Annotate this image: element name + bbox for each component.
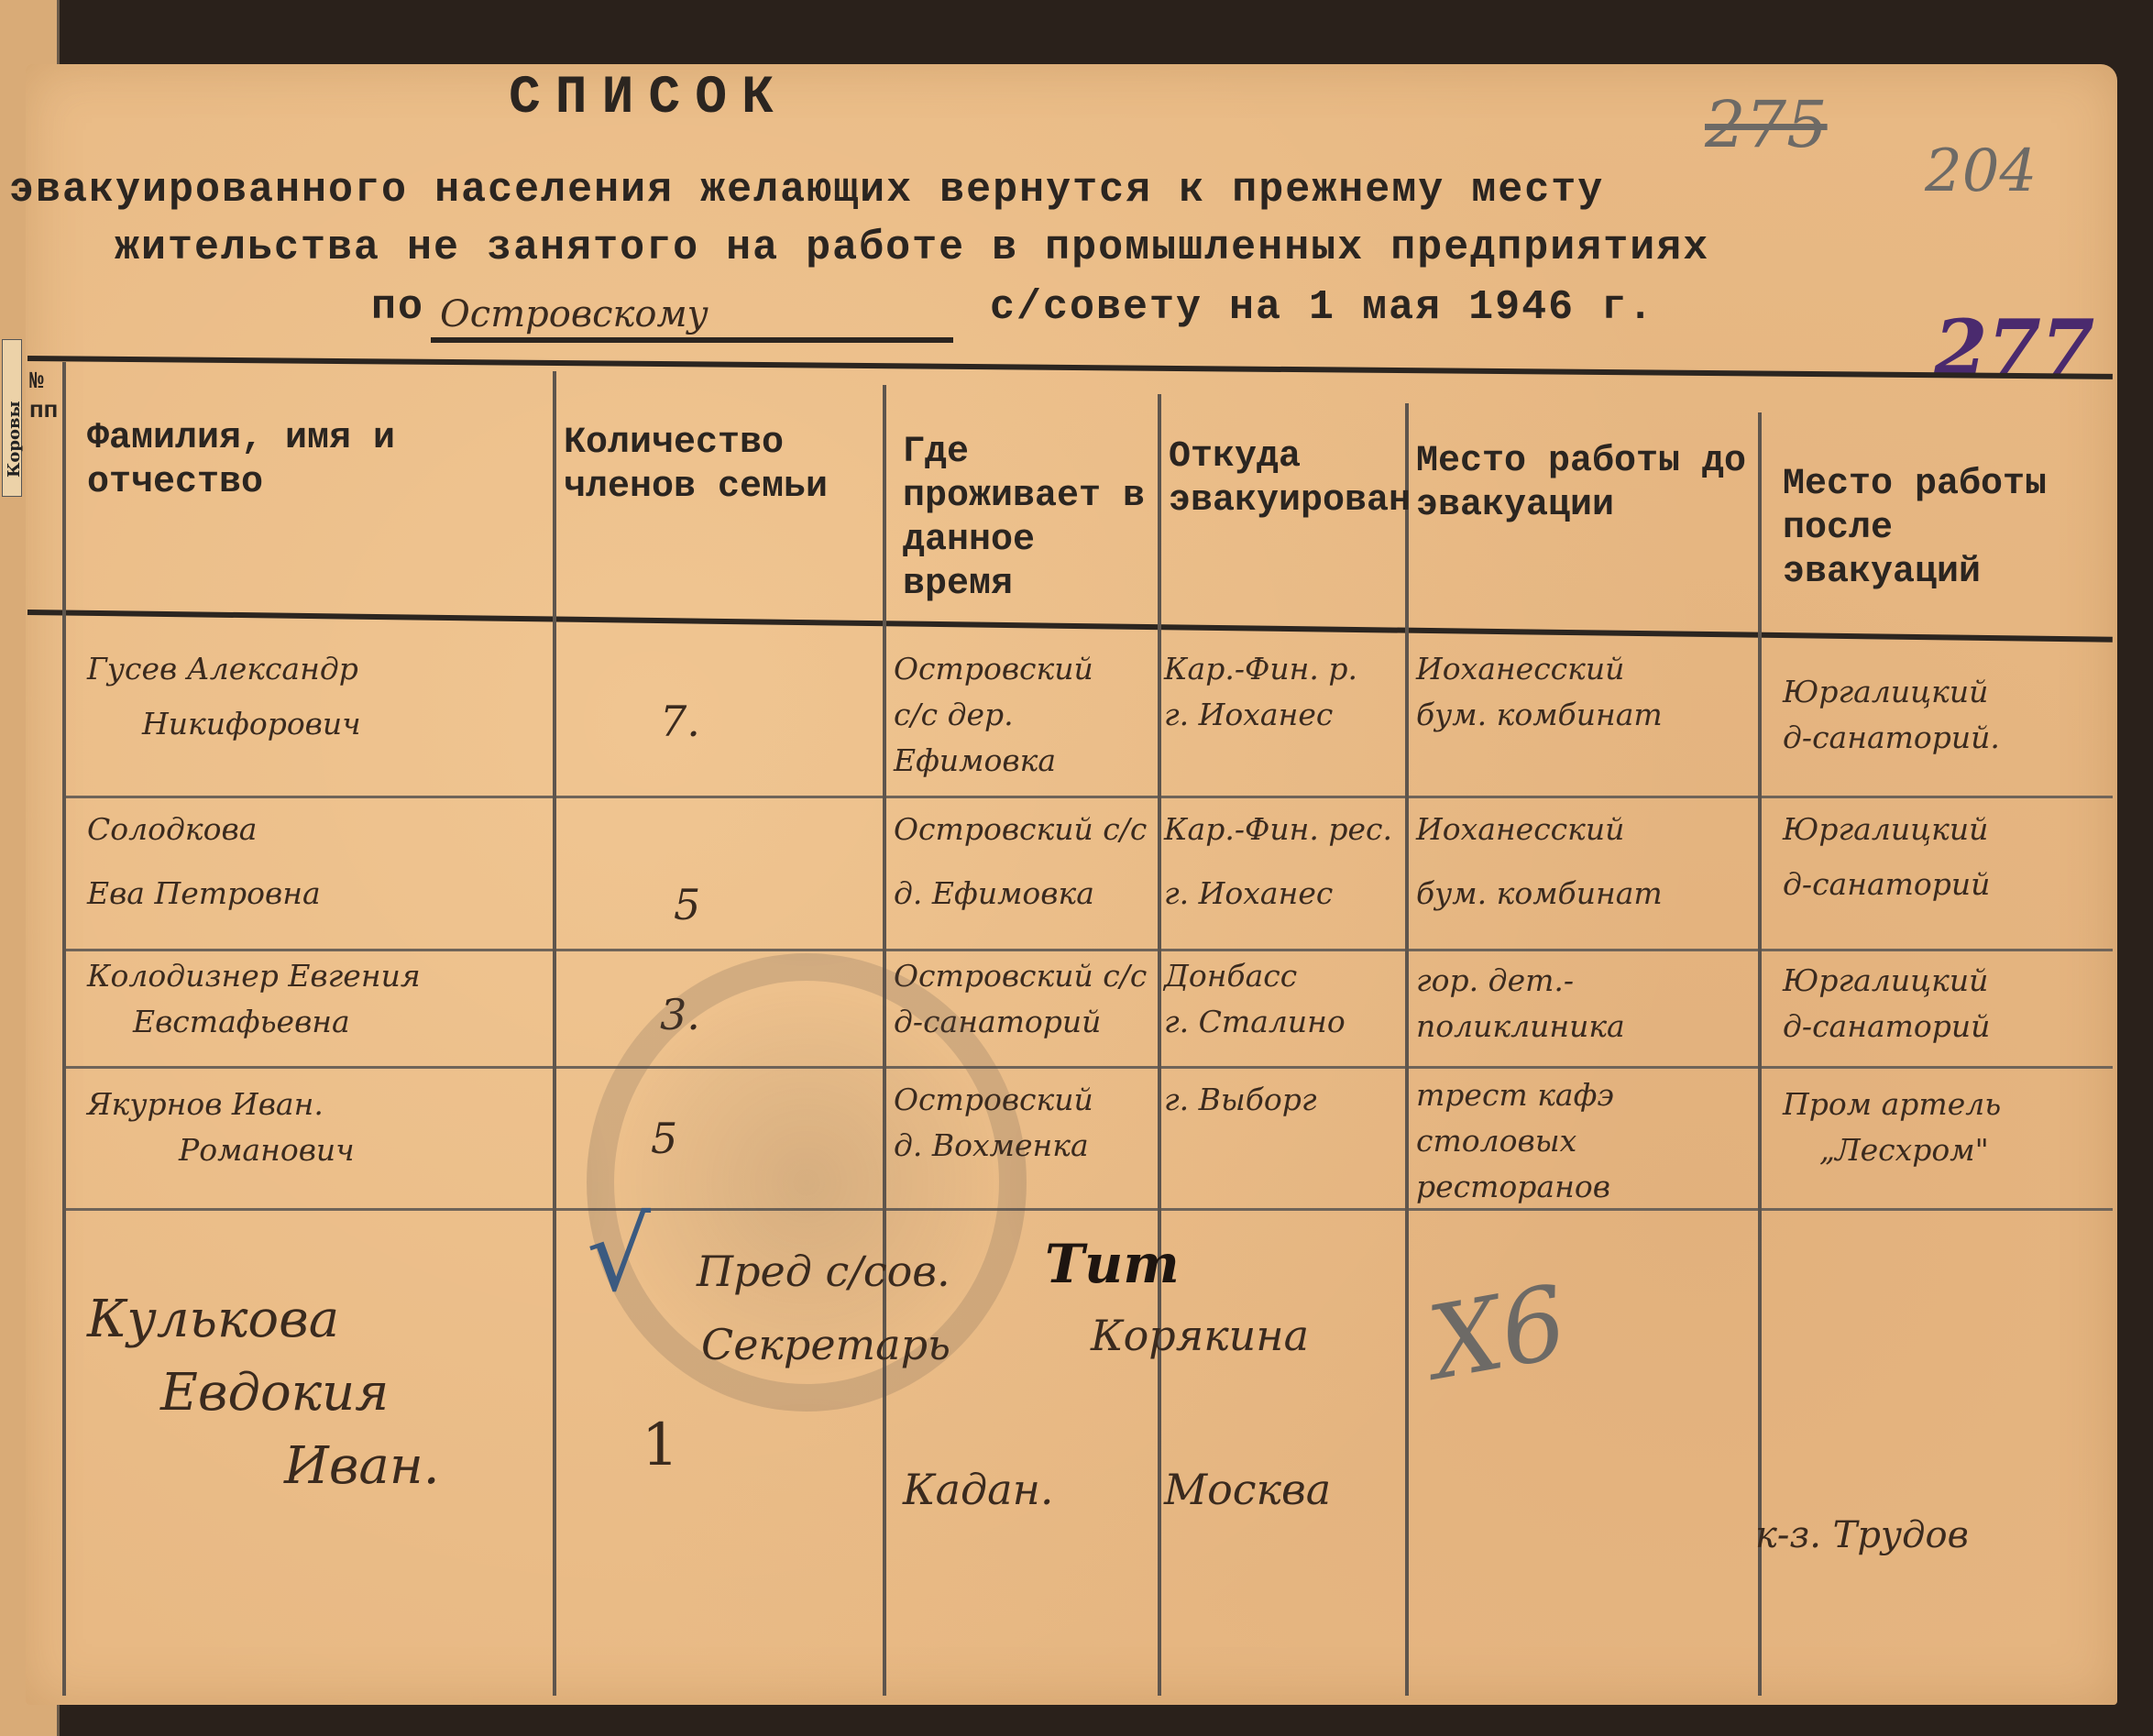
from-line: г. Иоханес	[1164, 871, 1392, 917]
work-after-line: Юргалицкий	[1783, 807, 1990, 852]
cell-from: Кар.-Фин. р.г. Иоханес	[1164, 646, 1357, 738]
name-line: Романович	[87, 1127, 355, 1173]
cell-from: Кар.-Фин. рес.г. Иоханес	[1164, 807, 1392, 917]
name-line: Кулькова	[87, 1283, 440, 1357]
archive-mark-violet: 277	[1934, 302, 2094, 393]
work-before-line: бум. комбинат	[1416, 692, 1663, 738]
cell-family: 1	[642, 1412, 679, 1479]
lives-line: с/с дер.	[894, 692, 1093, 738]
name-line: Евдокия	[87, 1357, 440, 1430]
from-line: г. Иоханес	[1164, 692, 1357, 738]
column-header-name: Фамилия, имя и отчество	[87, 417, 527, 505]
cell-work-before: Иоханесскийбум. комбинат	[1416, 807, 1663, 917]
row-divider	[64, 796, 2113, 798]
name-line: Ева Петровна	[87, 871, 321, 917]
cell-from: Москва	[1164, 1467, 1331, 1512]
name-line: Якурнов Иван.	[87, 1082, 355, 1127]
cell-lives: Островскийс/с дер.Ефимовка	[894, 646, 1093, 784]
work-after-line: д-санаторий	[1783, 862, 1990, 907]
heading-line-3-suffix: с/совету на 1 мая 1946 г.	[990, 284, 1654, 331]
column-divider	[553, 371, 556, 1696]
heading-line-1: эвакуированного населения желающих верну…	[9, 167, 1604, 214]
heading-line-3-prefix: по	[371, 284, 424, 331]
work-after-line: Юргалицкий	[1783, 669, 2000, 715]
archive-mark-page: 204	[1925, 137, 2037, 205]
district-name: Островскому	[440, 293, 709, 335]
lives-line: Ефимовка	[894, 738, 1093, 784]
lives-line: Островский	[894, 1077, 1093, 1123]
from-line: г. Сталино	[1164, 999, 1346, 1045]
heading-line-2: жительства не занятого на работе в промы…	[115, 225, 1709, 271]
column-divider	[1405, 403, 1409, 1696]
from-line: Кар.-Фин. рес.	[1164, 807, 1392, 852]
column-header-from: Откуда эвакуирован	[1169, 435, 1398, 523]
work-before-line: Иоханесский	[1416, 807, 1663, 852]
lives-line: д. Ефимовка	[894, 871, 1147, 917]
from-line: г. Выборг	[1164, 1077, 1317, 1123]
cell-work-after: Пром артель„Лесхром"	[1783, 1082, 2001, 1173]
cell-lives: Кадан.	[903, 1467, 1054, 1512]
cell-work-after: Юргалицкийд-санаторий	[1783, 958, 1990, 1049]
work-before-line: ресторанов	[1416, 1164, 1614, 1210]
work-before-line: гор. дет.-	[1416, 958, 1625, 1004]
lives-line: д. Вохменка	[894, 1123, 1093, 1169]
work-after-line: д-санаторий.	[1783, 715, 2000, 761]
column-header-lives: Где проживает в данное время	[903, 431, 1155, 607]
district-underline	[431, 337, 953, 343]
cell-family: 5	[674, 880, 700, 929]
chairman-signature: Тит	[1045, 1233, 1180, 1295]
name-line: Евстафьевна	[87, 999, 421, 1045]
cell-name: Гусев АлександрНикифорович	[87, 646, 361, 747]
pencil-mark: Х6	[1421, 1263, 1575, 1402]
cell-work-after: Юргалицкийд-санаторий	[1783, 807, 1990, 907]
cell-name: СолодковаЕва Петровна	[87, 807, 321, 917]
work-before-line: бум. комбинат	[1416, 871, 1663, 917]
lives-line: Островский с/с	[894, 807, 1147, 852]
column-header-work-after: Место работы после эвакуаций	[1783, 463, 2108, 595]
cell-from: Донбассг. Сталино	[1164, 953, 1346, 1045]
column-header-family: Количество членов семьи	[564, 422, 875, 510]
cell-lives: Островскийд. Вохменка	[894, 1077, 1093, 1169]
cell-work-before: гор. дет.-поликлиника	[1416, 958, 1625, 1049]
cell-name: Якурнов Иван.Романович	[87, 1082, 355, 1173]
chairman-label: Пред с/сов.	[697, 1247, 950, 1296]
lives-line: Островский	[894, 646, 1093, 692]
secretary-name: Корякина	[1091, 1311, 1309, 1360]
name-line: Гусев Александр	[87, 646, 361, 692]
cell-family: 7.	[660, 697, 700, 746]
cell-family: 5	[651, 1114, 677, 1163]
cell-lives: Островский с/сд. Ефимовка	[894, 807, 1147, 917]
work-after-line: Пром артель	[1783, 1082, 2001, 1127]
cell-work-after: Юргалицкийд-санаторий.	[1783, 669, 2000, 761]
column-divider	[62, 362, 66, 1696]
document-title: СПИСОК	[509, 69, 788, 128]
name-line: Колодизнер Евгения	[87, 953, 421, 999]
row-divider	[64, 1066, 2113, 1069]
work-after-line: „Лесхром"	[1783, 1127, 2001, 1173]
column-header-work-before: Место работы до эвакуации	[1416, 440, 1755, 528]
spine-label: Коровы	[2, 339, 22, 497]
cell-name: КульковаЕвдокияИван.	[87, 1283, 440, 1503]
work-before-line: трест кафэ	[1416, 1072, 1614, 1118]
work-before-line: Иоханесский	[1416, 646, 1663, 692]
column-divider	[1158, 394, 1161, 1696]
row-divider	[64, 1208, 2113, 1211]
work-before-line: столовых	[1416, 1118, 1614, 1164]
cell-work-before: трест кафэстоловыхресторанов	[1416, 1072, 1614, 1210]
name-line: Иван.	[87, 1430, 440, 1503]
cell-work-after: к-з. Трудов	[1755, 1512, 1969, 1558]
work-after-line: д-санаторий	[1783, 1004, 1990, 1049]
work-after-line: Юргалицкий	[1783, 958, 1990, 1004]
row-divider	[64, 949, 2113, 951]
lives-line: Островский с/с	[894, 953, 1147, 999]
secretary-label: Секретарь	[701, 1320, 950, 1369]
from-line: Донбасс	[1164, 953, 1346, 999]
archive-mark-crossed: 275	[1705, 87, 1828, 162]
spine-label-text: Коровы	[5, 401, 24, 478]
name-line: Никифорович	[87, 701, 361, 747]
cell-name: Колодизнер ЕвгенияЕвстафьевна	[87, 953, 421, 1045]
name-line: Солодкова	[87, 807, 321, 852]
from-line: Кар.-Фин. р.	[1164, 646, 1357, 692]
work-before-line: поликлиника	[1416, 1004, 1625, 1049]
cell-from: г. Выборг	[1164, 1077, 1317, 1123]
cell-work-before: Иоханесскийбум. комбинат	[1416, 646, 1663, 738]
checkmark-icon: √	[587, 1196, 651, 1313]
column-header-num: № пп	[29, 367, 62, 425]
column-divider	[1758, 412, 1762, 1696]
